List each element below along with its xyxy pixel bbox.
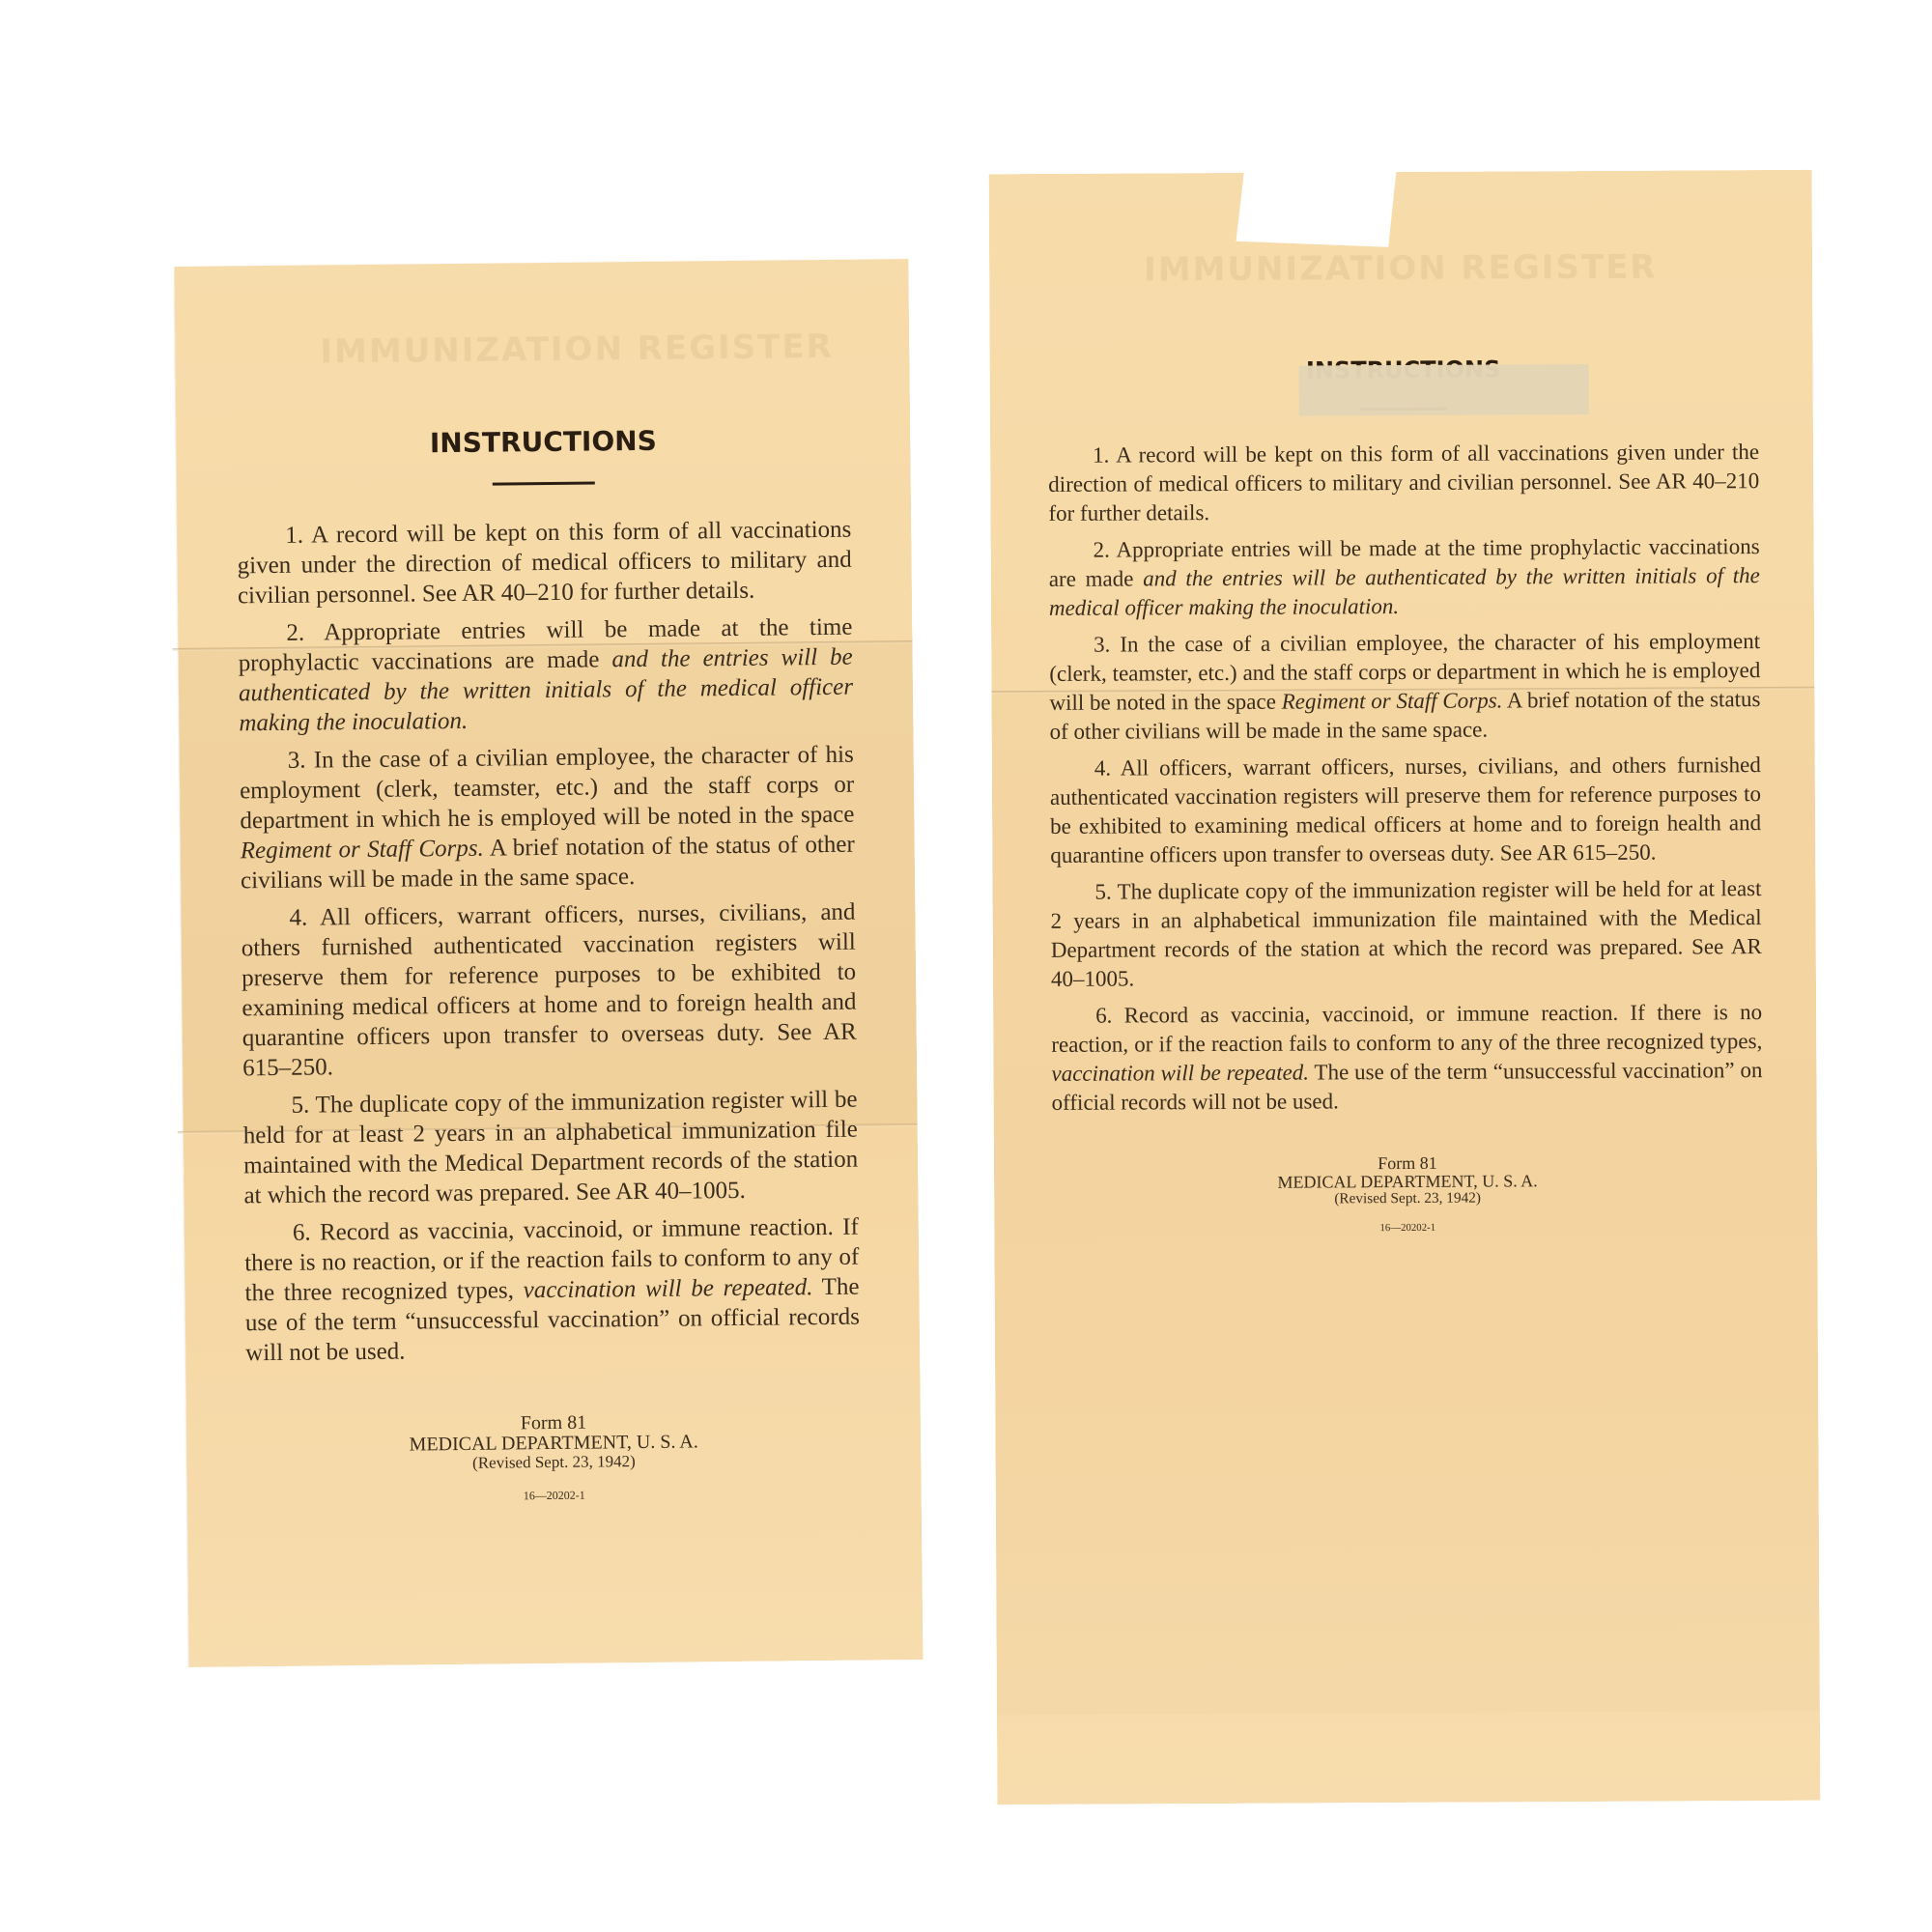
paragraph-text: 4. All officers, warrant officers, nurse…	[1050, 753, 1761, 867]
instruction-paragraph: 6. Record as vaccinia, vaccinoid, or imm…	[244, 1212, 861, 1369]
form-footer: Form 81 MEDICAL DEPARTMENT, U. S. A. (Re…	[1052, 1152, 1763, 1236]
instruction-paragraph: 3. In the case of a civilian employee, t…	[240, 740, 856, 896]
document-title: INSTRUCTIONS	[1048, 354, 1759, 386]
tape-patch	[1299, 364, 1589, 416]
paragraph-text: 5. The duplicate copy of the immunizatio…	[1051, 876, 1762, 991]
print-code: 16—20202-1	[247, 1487, 862, 1505]
paragraph-list: 1. A record will be kept on this form of…	[1048, 438, 1763, 1118]
instruction-paragraph: 1. A record will be kept on this form of…	[237, 515, 852, 611]
instruction-sheet-left: IMMUNIZATION REGISTER INSTRUCTIONS 1. A …	[174, 259, 923, 1667]
paragraph-emphasis: Regiment or Staff Corps.	[241, 836, 484, 865]
instruction-paragraph: 6. Record as vaccinia, vaccinoid, or imm…	[1051, 998, 1763, 1118]
document-body: INSTRUCTIONS 1. A record will be kept on…	[236, 424, 862, 1505]
instruction-paragraph: 5. The duplicate copy of the immunizatio…	[1050, 874, 1762, 994]
form-footer: Form 81 MEDICAL DEPARTMENT, U. S. A. (Re…	[246, 1410, 862, 1505]
instruction-sheet-right: IMMUNIZATION REGISTER INSTRUCTIONS 1. A …	[989, 170, 1821, 1804]
paragraph-text: 3. In the case of a civilian employee, t…	[240, 742, 855, 835]
revision-date: (Revised Sept. 23, 1942)	[1052, 1189, 1763, 1208]
paragraph-emphasis: Regiment or Staff Corps.	[1282, 688, 1503, 713]
instruction-paragraph: 5. The duplicate copy of the immunizatio…	[242, 1085, 858, 1211]
show-through-title: IMMUNIZATION REGISTER	[1144, 248, 1658, 290]
paragraph-text: 4. All officers, warrant officers, nurse…	[241, 899, 857, 1082]
instruction-paragraph: 3. In the case of a civilian employee, t…	[1049, 627, 1761, 747]
instruction-paragraph: 1. A record will be kept on this form of…	[1048, 438, 1759, 528]
paragraph-list: 1. A record will be kept on this form of…	[237, 515, 860, 1369]
instruction-paragraph: 2. Appropriate entries will be made at t…	[1049, 532, 1760, 623]
paragraph-emphasis: and the entries will be authenticated by…	[1049, 563, 1760, 620]
instruction-paragraph: 2. Appropriate entries will be made at t…	[238, 612, 853, 739]
paragraph-text: 1. A record will be kept on this form of…	[238, 517, 852, 610]
instruction-paragraph: 4. All officers, warrant officers, nurse…	[1050, 751, 1762, 870]
paragraph-emphasis: vaccination will be repeated.	[1051, 1061, 1309, 1086]
paragraph-text: 5. The duplicate copy of the immunizatio…	[243, 1087, 859, 1209]
instruction-paragraph: 4. All officers, warrant officers, nurse…	[241, 897, 857, 1084]
show-through-title: IMMUNIZATION REGISTER	[320, 327, 834, 372]
paragraph-text: 1. A record will be kept on this form of…	[1048, 440, 1759, 526]
document-title: INSTRUCTIONS	[236, 424, 850, 461]
paragraph-emphasis: vaccination will be repeated.	[524, 1274, 813, 1303]
paragraph-text: 6. Record as vaccinia, vaccinoid, or imm…	[1051, 1000, 1762, 1057]
title-rule	[493, 481, 595, 485]
document-body: INSTRUCTIONS 1. A record will be kept on…	[1048, 354, 1764, 1236]
